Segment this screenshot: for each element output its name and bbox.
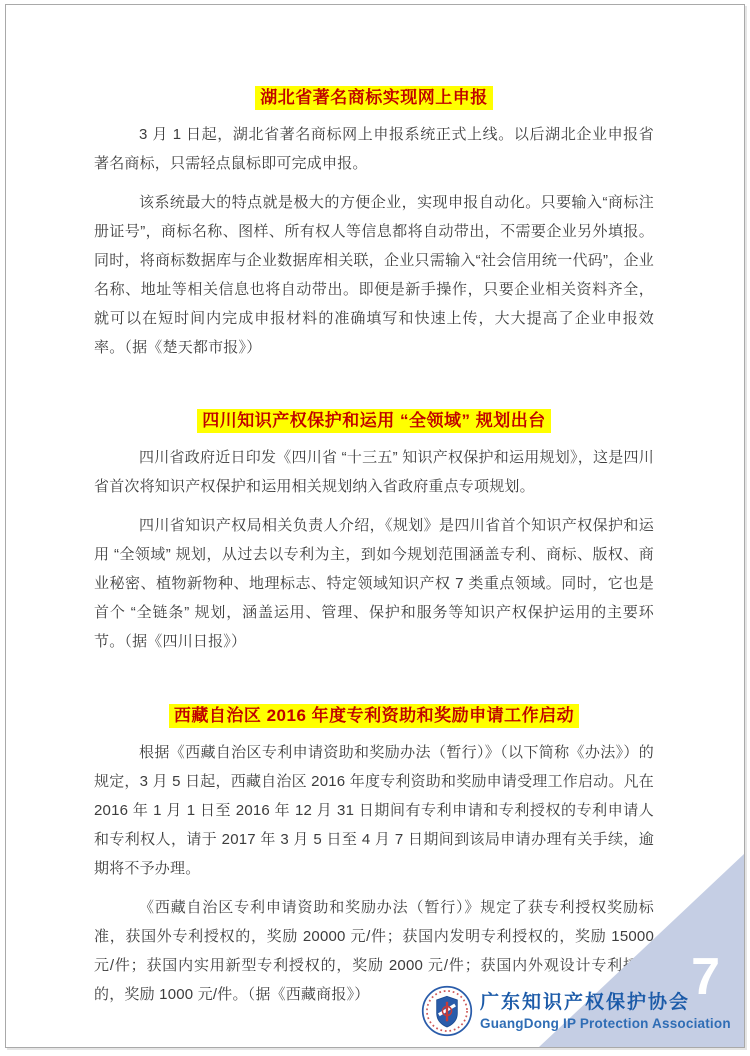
article-title: 西藏自治区 2016 年度专利资助和奖励申请工作启动 [169,704,579,728]
article-paragraph: 四川省知识产权局相关负责人介绍，《规划》是四川省首个知识产权保护和运用 “全领域… [94,511,654,656]
document-page: 湖北省著名商标实现网上申报 3 月 1 日起，湖北省著名商标网上申报系统正式上线… [5,4,745,1048]
article-title-row: 四川知识产权保护和运用 “全领域” 规划出台 [94,409,654,433]
article-paragraph: 根据《西藏自治区专利申请资助和奖励办法（暂行）》（以下简称《办法》）的规定，3 … [94,738,654,883]
article-paragraph: 该系统最大的特点就是极大的方便企业，实现申报自动化。只要输入“商标注册证号”，商… [94,188,654,362]
association-name-cn: 广东知识产权保护协会 [480,991,731,1015]
article-paragraph: 四川省政府近日印发《四川省 “十三五” 知识产权保护和运用规划》，这是四川省首次… [94,443,654,501]
article-title: 湖北省著名商标实现网上申报 [255,86,493,110]
article-title: 四川知识产权保护和运用 “全领域” 规划出台 [197,409,550,433]
association-name-en: GuangDong IP Protection Association [480,1015,731,1032]
article-tibet: 西藏自治区 2016 年度专利资助和奖励申请工作启动 根据《西藏自治区专利申请资… [94,704,654,1009]
article-hubei: 湖北省著名商标实现网上申报 3 月 1 日起，湖北省著名商标网上申报系统正式上线… [94,86,654,362]
association-badge-icon [421,985,473,1037]
article-title-row: 湖北省著名商标实现网上申报 [94,86,654,110]
association-names: 广东知识产权保护协会 GuangDong IP Protection Assoc… [480,991,731,1032]
article-sichuan: 四川知识产权保护和运用 “全领域” 规划出台 四川省政府近日印发《四川省 “十三… [94,409,654,656]
article-paragraph: 3 月 1 日起，湖北省著名商标网上申报系统正式上线。以后湖北企业申报省著名商标… [94,120,654,178]
article-title-row: 西藏自治区 2016 年度专利资助和奖励申请工作启动 [94,704,654,728]
footer: 广东知识产权保护协会 GuangDong IP Protection Assoc… [421,985,731,1037]
